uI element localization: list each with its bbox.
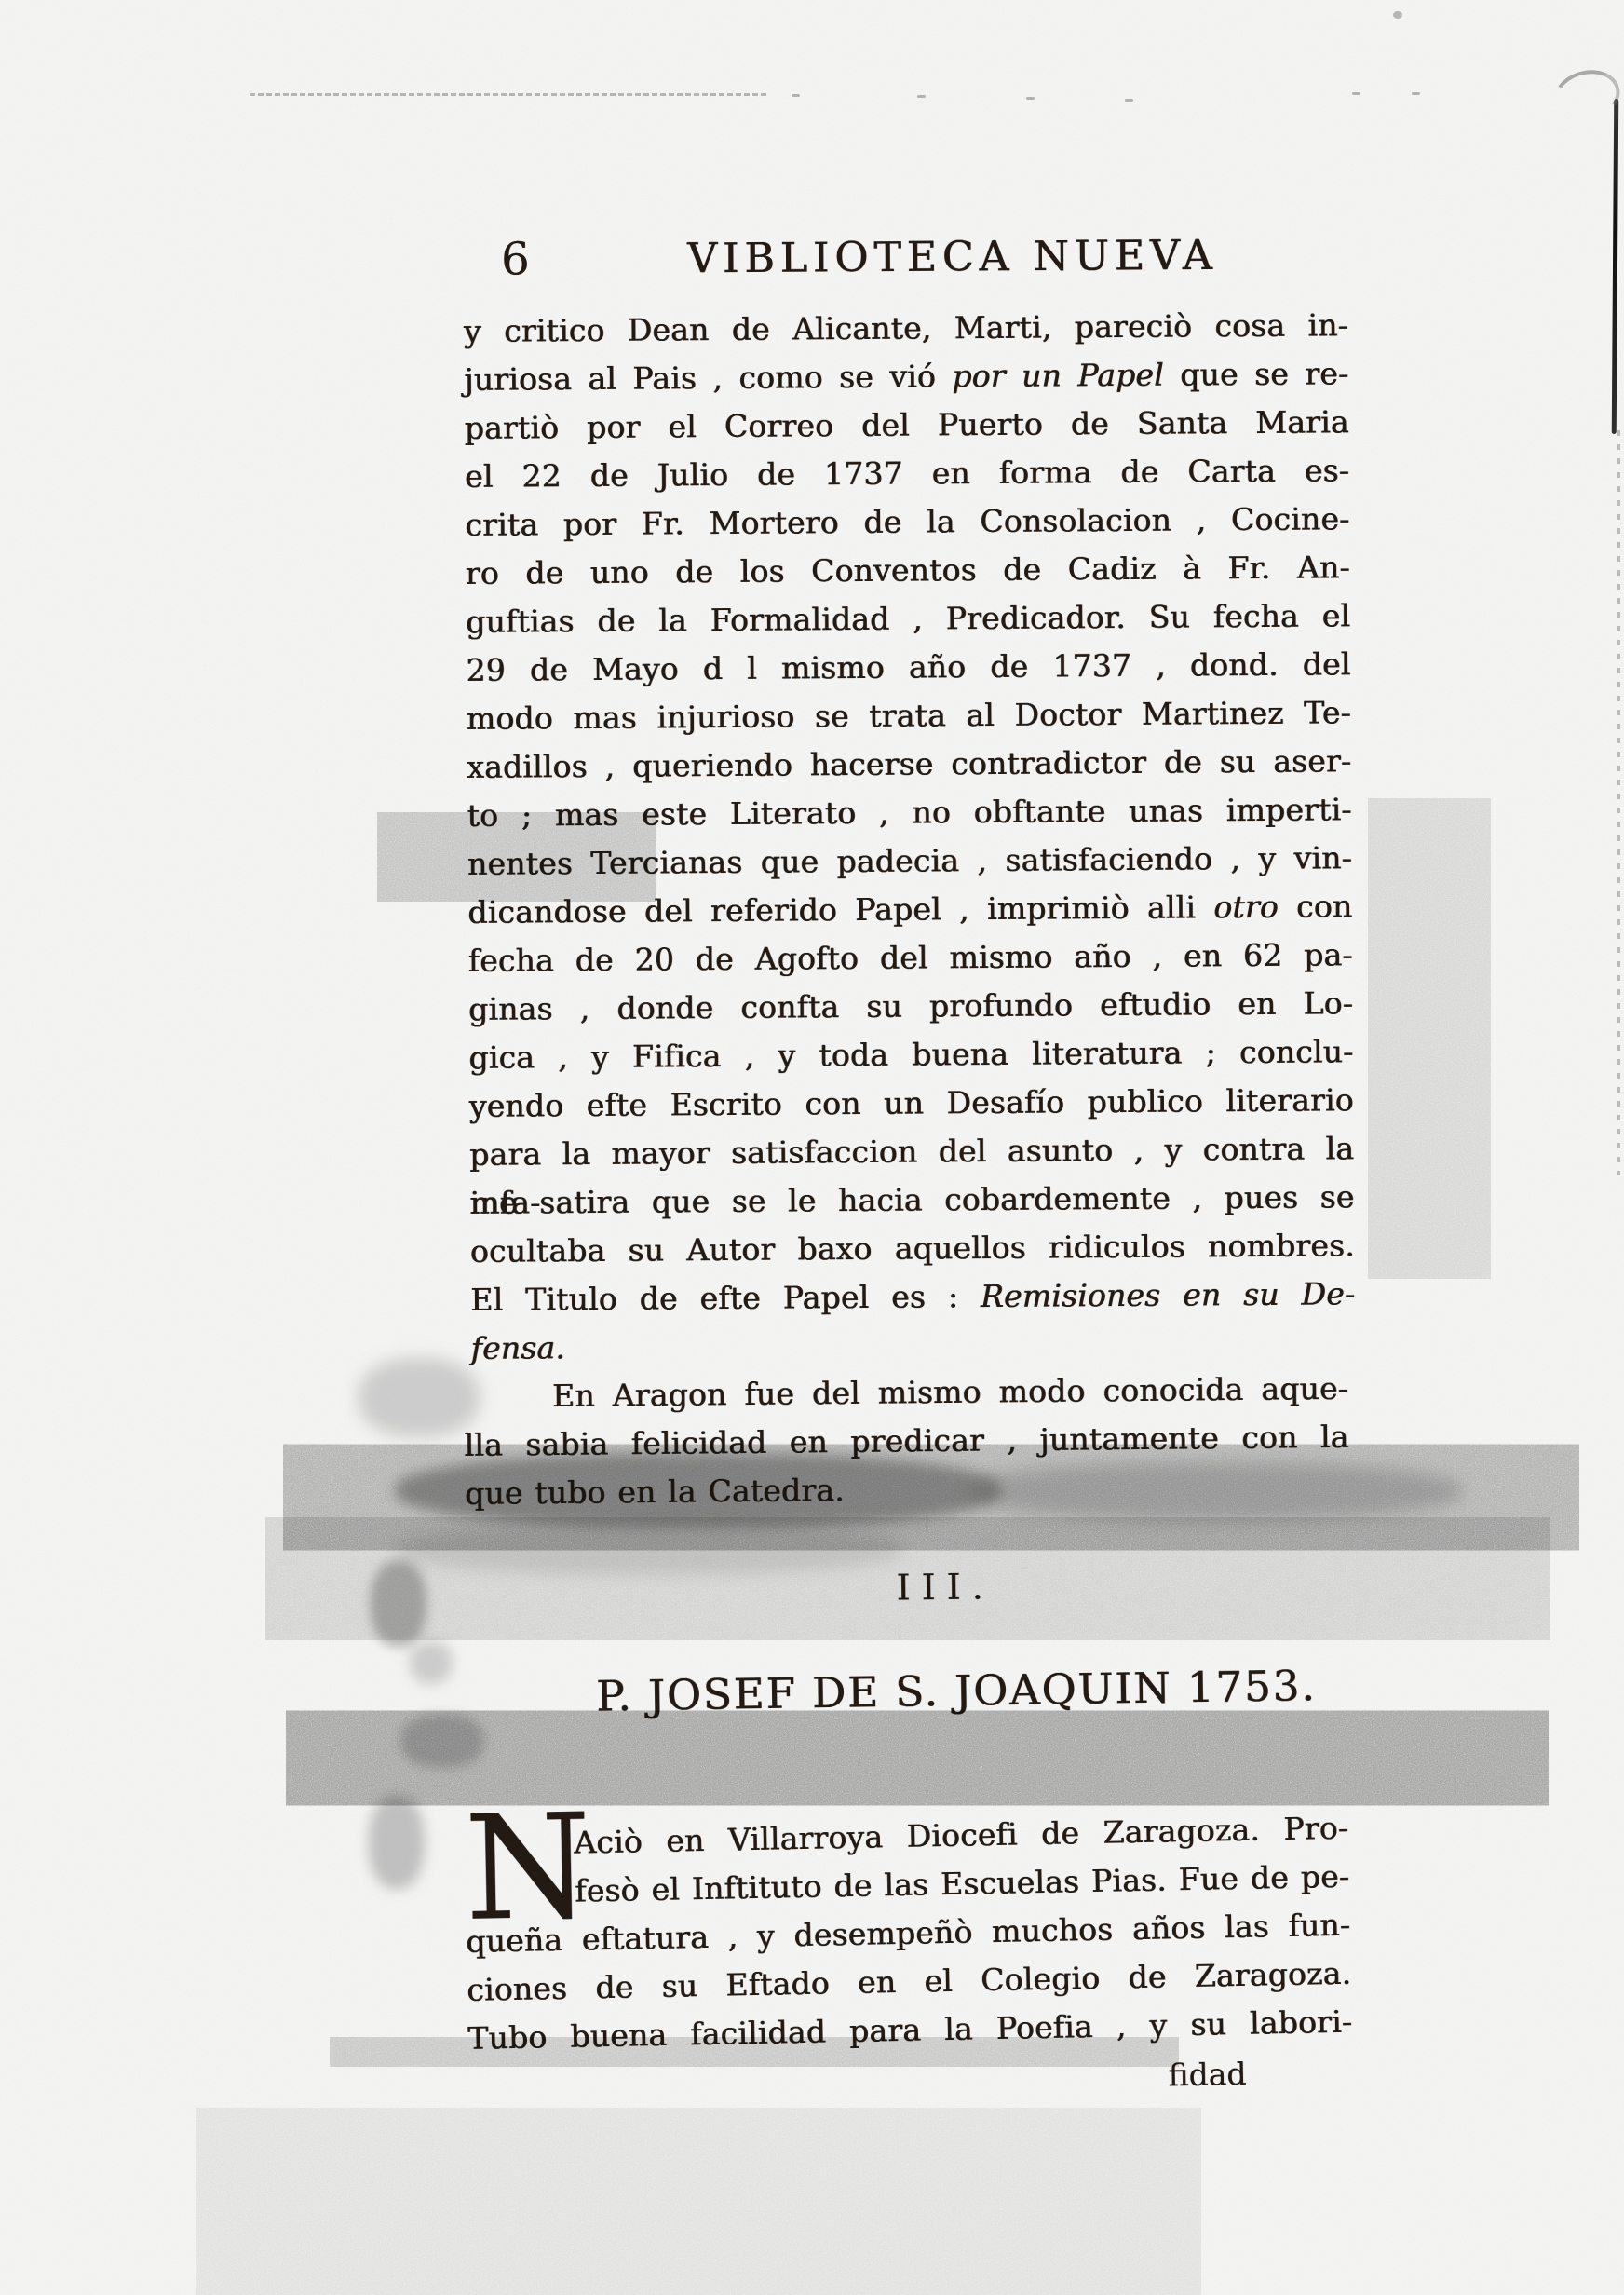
- scan-artifact-smudge: [371, 1561, 426, 1647]
- italic-text-segment: otro: [1213, 889, 1279, 925]
- text-segment: yendo efte Escrito con un Desafío public…: [469, 1081, 1354, 1124]
- text-segment: y critico Dean de Alicante, Marti, parec…: [464, 306, 1348, 349]
- text-line: En Aragon fue del mismo modo conocida aq…: [552, 1365, 1348, 1420]
- text-segment: xadillos , queriendo hacerse contradicto…: [467, 742, 1351, 785]
- text-segment: 29 de Mayo d l mismo año de 1737 , dond.…: [467, 645, 1351, 688]
- text-segment: fesò el Inftituto de las Escuelas Pias. …: [575, 1858, 1350, 1909]
- scan-artifact-page-edge-line: [1617, 430, 1620, 1175]
- text-line: ro de uno de los Conventos de Cadiz à Fr…: [466, 543, 1350, 598]
- text-segment: gica , y Fifica , y toda buena literatur…: [468, 1033, 1353, 1076]
- scan-artifact-dot: [1352, 92, 1360, 95]
- text-line: xadillos , queriendo hacerse contradicto…: [467, 737, 1351, 792]
- scan-artifact-smudge: [359, 1358, 480, 1437]
- text-line: guftias de la Formalidad , Predicador. S…: [466, 591, 1350, 646]
- text-segment: Aciò en Villarroya Diocefi de Zaragoza. …: [574, 1810, 1349, 1861]
- scan-artifact-dot: [1393, 11, 1402, 19]
- text-segment: que se re-: [1164, 355, 1349, 392]
- text-line: yendo efte Escrito con un Desafío public…: [469, 1076, 1354, 1131]
- page-header: 6 VIBLIOTECA NUEVA: [464, 226, 1348, 288]
- scan-artifact-page-edge-line: [1612, 99, 1619, 434]
- italic-text-segment: fensa.: [471, 1329, 566, 1366]
- text-segment: El Titulo de efte Papel es :: [470, 1278, 981, 1318]
- scan-artifact-smudge: [369, 1796, 425, 1889]
- text-segment: que tubo en la Catedra.: [465, 1472, 845, 1512]
- italic-text-segment: por un Papel: [952, 357, 1164, 395]
- scan-artifact-dashed-line: [250, 93, 766, 96]
- text-line: El Titulo de efte Papel es : Remisiones …: [470, 1270, 1355, 1324]
- text-line: y critico Dean de Alicante, Marti, parec…: [464, 301, 1348, 356]
- text-segment: ocultaba su Autor baxo aquellos ridiculo…: [470, 1227, 1355, 1270]
- text-segment: Tubo buena facilidad para la Poefia , y …: [467, 2003, 1353, 2057]
- section-title-heading: P. JOSEF DE S. JOAQUIN 1753.: [514, 1661, 1400, 1722]
- text-line: lla sabia felicidad en predicar , juntam…: [464, 1413, 1348, 1470]
- text-line: modo mas injurioso se trata al Doctor Ma…: [467, 688, 1351, 743]
- scan-artifact-smudge: [410, 1641, 453, 1684]
- text-line: juriosa al Pais , como se vió por un Pap…: [464, 349, 1348, 404]
- text-line: 29 de Mayo d l mismo año de 1737 , dond.…: [467, 640, 1351, 695]
- running-title: VIBLIOTECA NUEVA: [641, 231, 1265, 285]
- body-paragraph: N fidad Aciò en Villarroya Diocefi de Za…: [464, 1804, 1354, 2138]
- scanned-page: 6 VIBLIOTECA NUEVA y critico Dean de Ali…: [0, 0, 1624, 2295]
- scan-artifact-dot: [1026, 97, 1035, 100]
- text-segment: nentes Tercianas que padecia , satisfaci…: [467, 839, 1352, 882]
- text-segment: to ; mas este Literato , no obftante una…: [467, 791, 1352, 834]
- text-line: fecha de 20 de Agofto del mismo año , en…: [468, 930, 1353, 985]
- text-line: para la mayor satisfaccion del asunto , …: [469, 1124, 1354, 1179]
- text-segment: modo mas injurioso se trata al Doctor Ma…: [467, 694, 1351, 737]
- text-line: partiò por el Correo del Puerto de Santa…: [465, 398, 1349, 453]
- body-paragraph: En Aragon fue del mismo modo conocida aq…: [464, 1365, 1349, 1518]
- text-line: to ; mas este Literato , no obftante una…: [467, 785, 1352, 840]
- scan-artifact-smudge: [400, 1714, 484, 1768]
- text-segment: lla sabia felicidad en predicar , juntam…: [465, 1419, 1349, 1463]
- body-paragraph: y critico Dean de Alicante, Marti, parec…: [464, 301, 1356, 1373]
- text-segment: me satira que se le hacia cobardemente ,…: [470, 1178, 1355, 1221]
- text-line: ocultaba su Autor baxo aquellos ridiculo…: [470, 1221, 1355, 1276]
- text-segment: fecha de 20 de Agofto del mismo año , en…: [468, 936, 1353, 979]
- text-segment: guftias de la Formalidad , Predicador. S…: [466, 597, 1350, 640]
- text-segment: En Aragon fue del mismo modo conocida aq…: [552, 1370, 1348, 1414]
- text-line: que tubo en la Catedra.: [465, 1461, 1349, 1518]
- text-line: el 22 de Julio de 1737 en forma de Carta…: [465, 446, 1349, 501]
- scan-artifact-dot: [917, 95, 926, 98]
- text-segment: partiò por el Correo del Puerto de Santa…: [465, 403, 1349, 446]
- text-line: me satira que se le hacia cobardemente ,…: [470, 1173, 1355, 1228]
- text-segment: ro de uno de los Conventos de Cadiz à Fr…: [466, 549, 1350, 591]
- page-number: 6: [501, 233, 530, 285]
- scan-artifact-dot: [1412, 92, 1420, 95]
- text-line: crita por Fr. Mortero de la Consolacion …: [465, 495, 1349, 550]
- text-line: gica , y Fifica , y toda buena literatur…: [468, 1027, 1353, 1082]
- text-segment: crita por Fr. Mortero de la Consolacion …: [465, 500, 1349, 543]
- text-segment: juriosa al Pais , como se vió: [464, 358, 952, 398]
- text-segment: dicandose del referido Papel , imprimiò …: [467, 889, 1213, 930]
- scan-artifact-dot: [1125, 99, 1133, 102]
- text-line: dicandose del referido Papel , imprimiò …: [467, 882, 1352, 937]
- scan-artifact-dot: [792, 94, 800, 97]
- text-segment: ginas , donde confta su profundo eftudio…: [468, 985, 1353, 1027]
- scan-artifact-corner-curl: [1548, 63, 1624, 129]
- text-segment: el 22 de Julio de 1737 en forma de Carta…: [465, 452, 1349, 495]
- scan-artifact-smudge: [396, 1524, 903, 1574]
- text-line: nentes Tercianas que padecia , satisfaci…: [467, 834, 1352, 889]
- drop-cap: N: [464, 1811, 592, 1925]
- text-segment: con: [1279, 888, 1353, 925]
- italic-text-segment: Remisiones en su De-: [981, 1275, 1356, 1314]
- text-line: ginas , donde confta su profundo eftudio…: [468, 979, 1353, 1034]
